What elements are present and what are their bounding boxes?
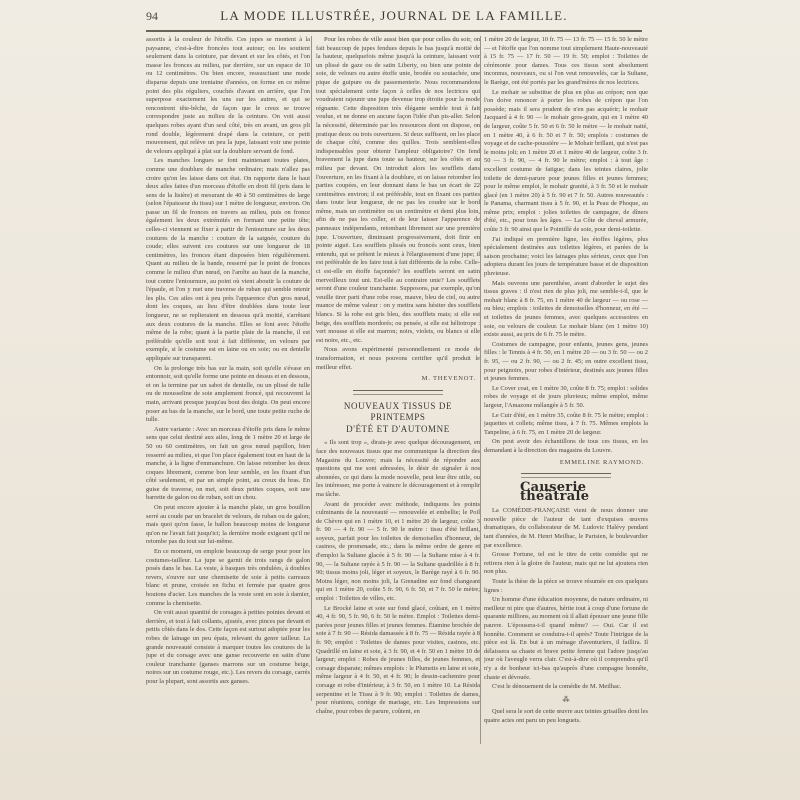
paragraph: Mais ouvrons une parenthèse, avant d'abo… [484,280,648,340]
paragraph: On voit aussi quantité de corsages à pet… [146,609,310,686]
paragraph: On peut encore ajouter à la manche plate… [146,504,310,547]
paragraph: Autre variante : Avec un morceau d'étoff… [146,426,310,503]
column-2: Pour les robes de ville aussi bien que p… [316,36,480,736]
journal-title: LA MODE ILLUSTRÉE, JOURNAL DE LA FAMILLE… [186,8,602,24]
page-number: 94 [146,9,186,24]
author-signature: EMMELINE RAYMOND. [484,459,644,468]
paragraph: Toute la thèse de la pièce se trouve rés… [484,578,648,595]
paragraph: Un homme d'une éducation moyenne, de nat… [484,596,648,682]
ornament-divider [521,473,611,478]
article-title: Causerie théâtrale [484,484,648,501]
column-divider [311,36,312,701]
paragraph: Pour les robes de ville aussi bien que p… [316,36,480,345]
paragraph: Avant de procéder avec méthode, indiquon… [316,501,480,604]
paragraph: J'ai indiqué en première ligne, les étof… [484,236,648,279]
newspaper-page: 94 LA MODE ILLUSTRÉE, JOURNAL DE LA FAMI… [0,0,800,800]
paragraph: « Ils sont trop », dirais-je avec quelqu… [316,439,480,499]
paragraph: On la prolonge très bas sur la main, soi… [146,365,310,425]
paragraph: Les manches longues se font maintenant t… [146,157,310,363]
paragraph: Le Cover coat, en 1 mètre 30, coûte 8 fr… [484,385,648,411]
column-divider [480,36,481,744]
paragraph: Costumes de campagne, pour enfants, jeun… [484,341,648,384]
paragraph: La COMÉDIE-FRANÇAISE vient de nous donne… [484,507,648,550]
paragraph: 1 mètre 20 de largeur, 10 fr. 75 — 13 fr… [484,36,648,88]
paragraph: En ce moment, on emploie beaucoup de ser… [146,548,310,608]
paragraph: C'est le dénouement de la comédie de M. … [484,683,648,692]
paragraph: Nous avons expérimenté personnellement c… [316,346,480,372]
paragraph: Quel sera le sort de cette œuvre aux tei… [484,708,648,725]
paragraph: Le mohair se substitue de plus en plus a… [484,89,648,235]
article-title: NOUVEAUX TISSUS DE PRINTEMPS [316,401,480,423]
page-header: 94 LA MODE ILLUSTRÉE, JOURNAL DE LA FAMI… [146,6,642,26]
paragraph: Le Brocké laine et soie sur fond glacé, … [316,605,480,717]
paragraph: Grosse Fortune, tel est le titre de cett… [484,551,648,577]
ornament-divider [353,390,443,395]
header-rule [146,30,642,32]
asterism-divider: ⁂ [484,696,648,705]
paragraph: On peut avoir des échantillons de tous c… [484,438,648,455]
column-3: 1 mètre 20 de largeur, 10 fr. 75 — 13 fr… [484,36,648,736]
paragraph: assortis à la couleur de l'étoffe. Ces j… [146,36,310,156]
author-signature: M. THEVENOT. [316,375,476,384]
column-1: assortis à la couleur de l'étoffe. Ces j… [146,36,310,736]
paragraph: Le Cuir d'été, en 1 mètre 35, coûte 8 fr… [484,412,648,438]
article-subtitle: D'ÉTÉ ET D'AUTOMNE [316,425,480,434]
